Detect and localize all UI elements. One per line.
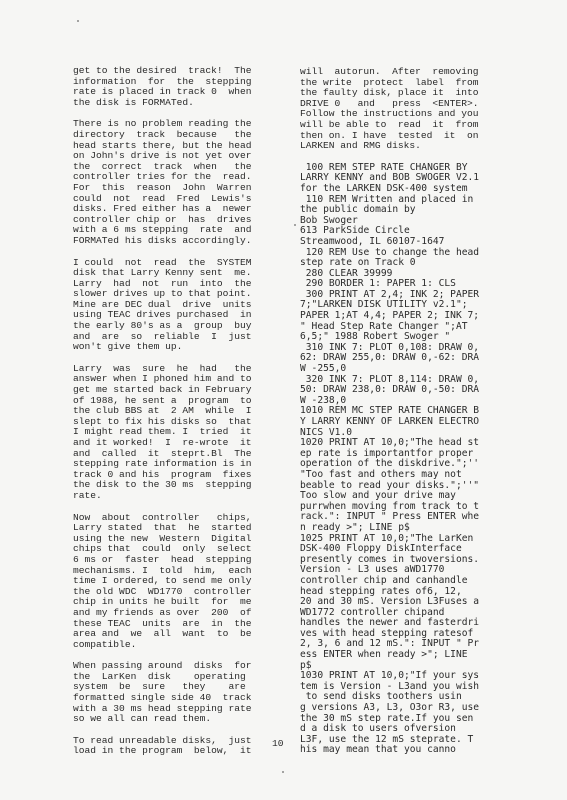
- right-column: will autorun. After removing the write p…: [300, 67, 500, 756]
- paragraph-3: I could not read the SYSTEM disk that La…: [73, 258, 253, 353]
- scan-speck: [294, 224, 296, 226]
- page-number: 10: [272, 738, 284, 749]
- paragraph-1: get to the desired track! The informatio…: [73, 66, 253, 108]
- paragraph-2: There is no problem reading the director…: [73, 119, 253, 246]
- basic-listing: 100 REM STEP RATE CHANGER BY LARRY KENNY…: [300, 163, 500, 756]
- paragraph-6: When passing around disks for the LarKen…: [73, 661, 253, 725]
- intro-paragraph: will autorun. After removing the write p…: [300, 67, 500, 152]
- paragraph-5: Now about controller chips, Larry stated…: [73, 513, 253, 651]
- left-column: get to the desired track! The informatio…: [73, 66, 253, 768]
- document-page: get to the desired track! The informatio…: [0, 0, 567, 800]
- paragraph-4: Larry was sure he had the answer when I …: [73, 364, 253, 502]
- scan-speck: [77, 20, 79, 22]
- paragraph-7: To read unreadable disks, just load in t…: [73, 736, 253, 757]
- scan-speck: [282, 771, 284, 773]
